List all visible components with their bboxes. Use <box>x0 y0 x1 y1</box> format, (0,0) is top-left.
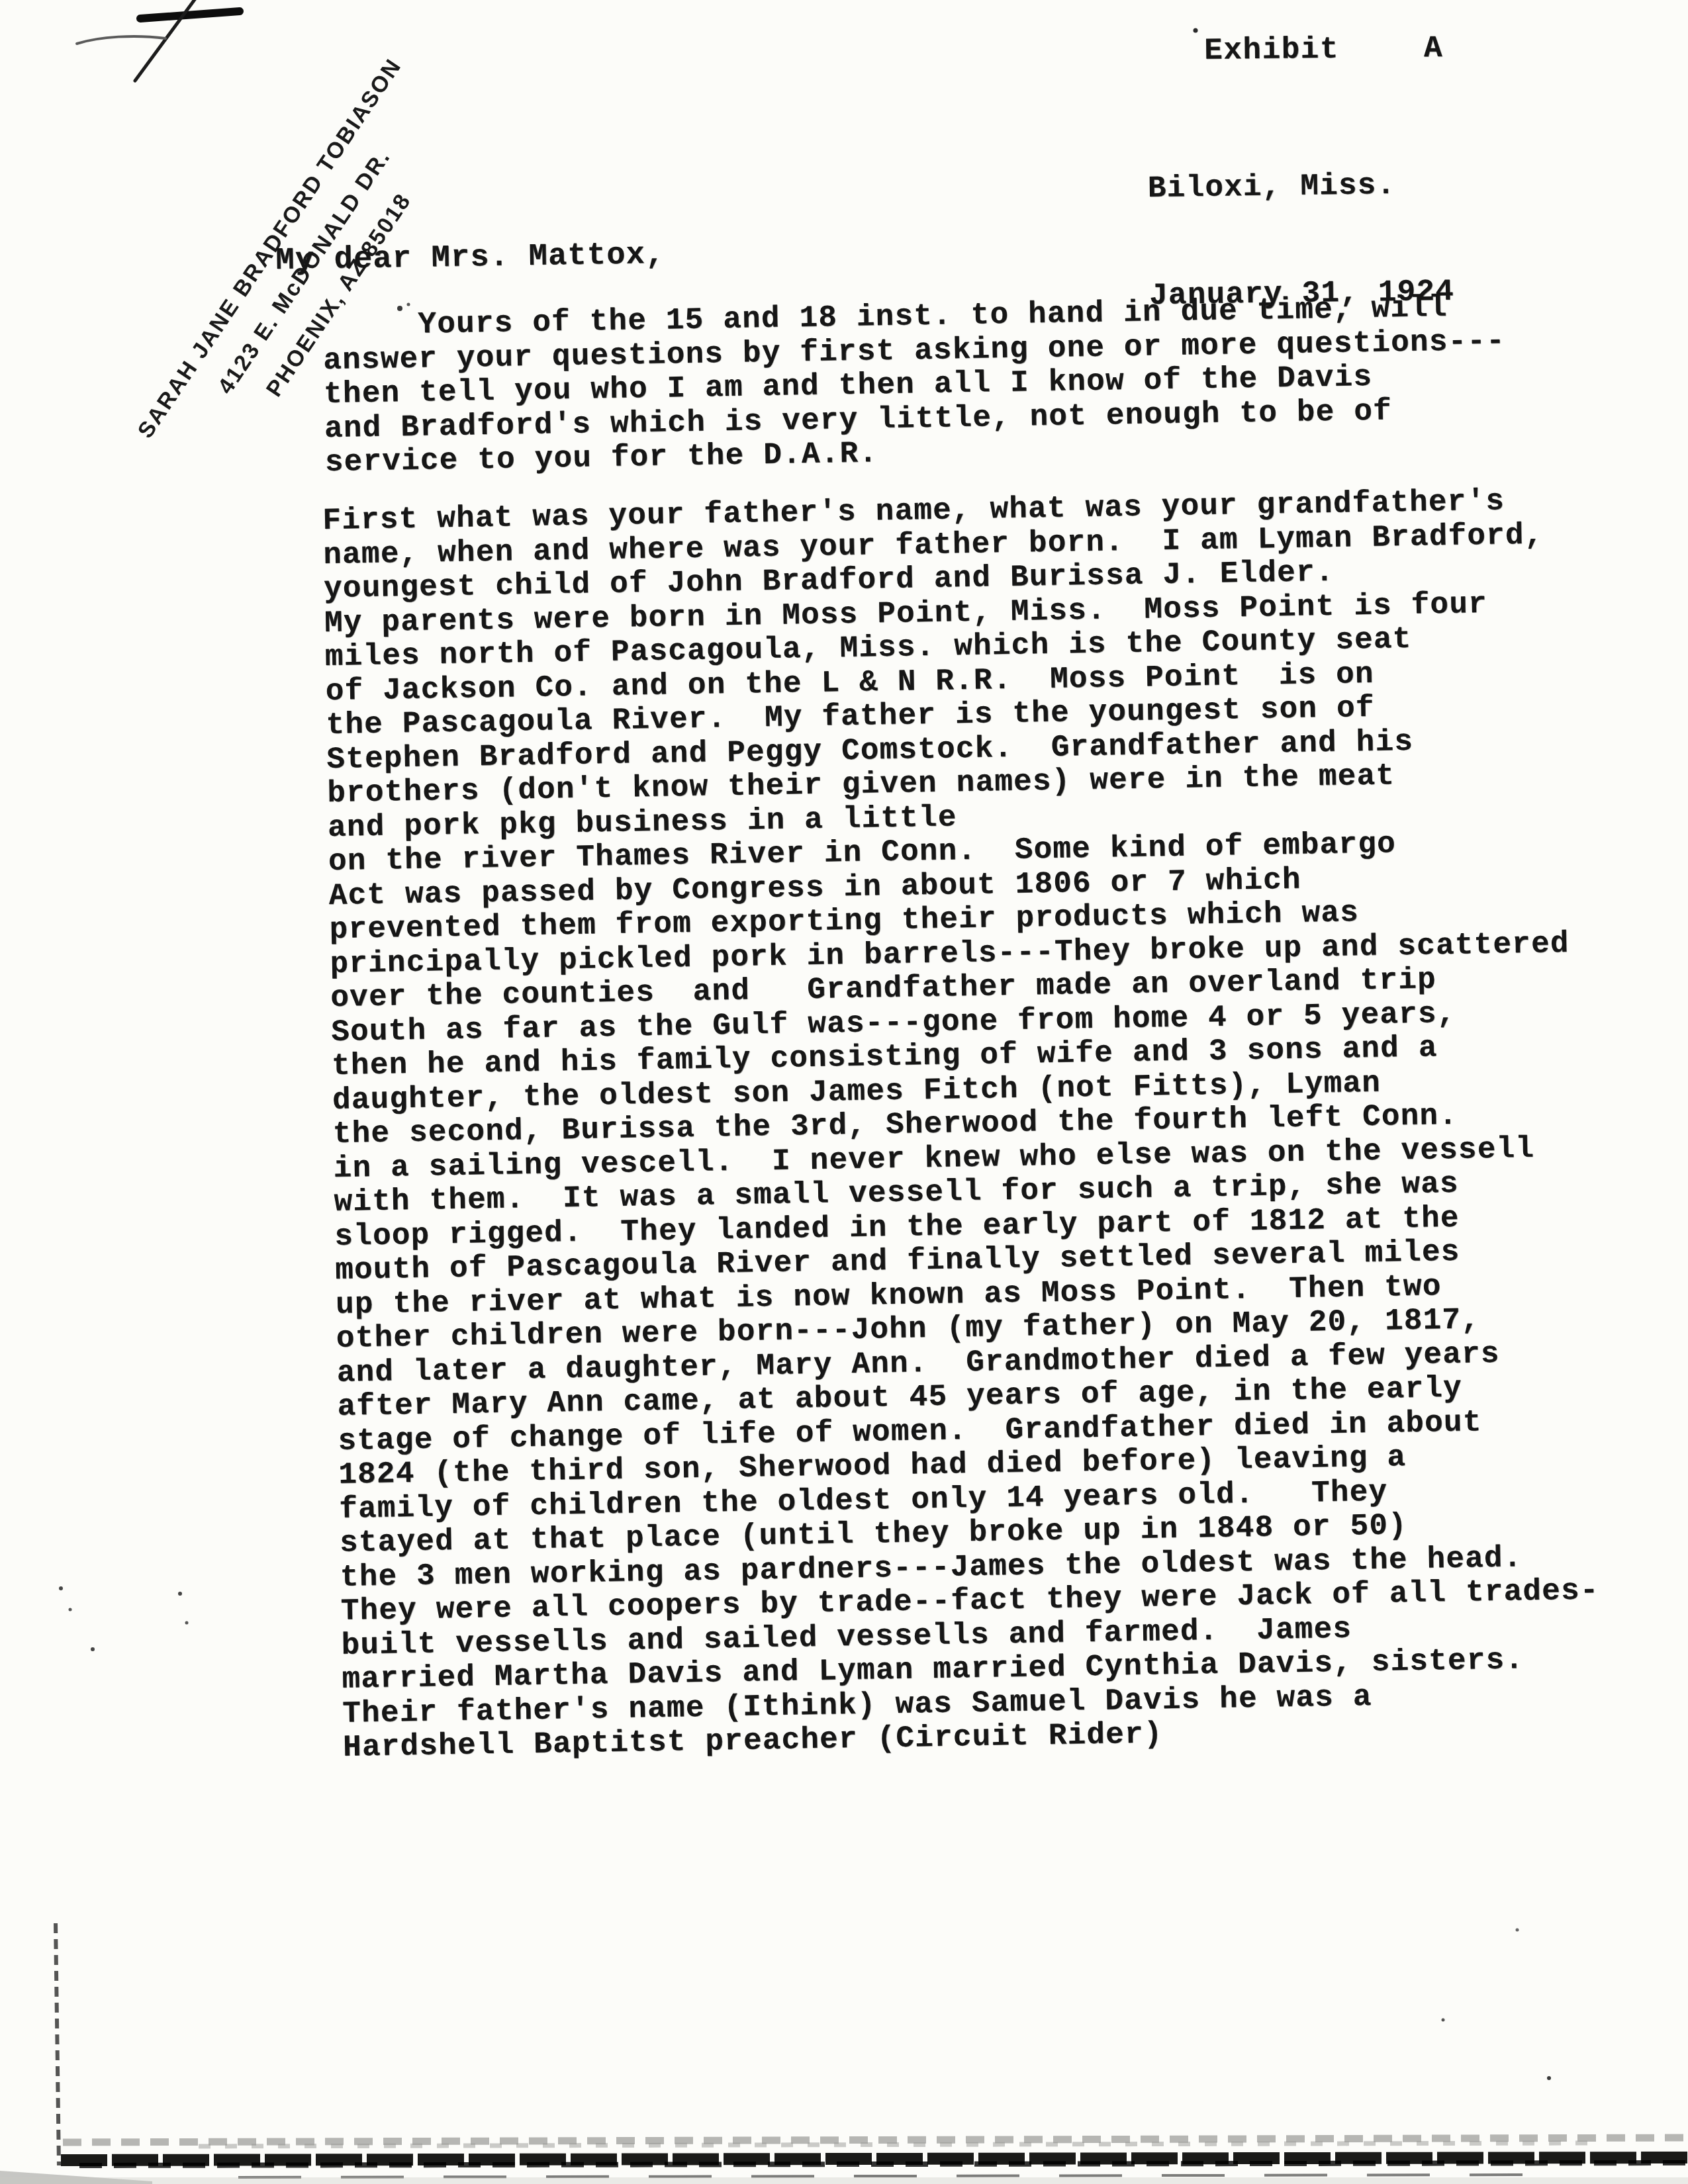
left-edge-streak <box>56 1923 59 2165</box>
bottom-scan-bands <box>0 2138 1688 2184</box>
pen-scribble-icon <box>77 0 240 81</box>
exhibit-header: ExhibitA <box>1127 0 1444 103</box>
letter-page: ExhibitA Biloxi, Miss. January 31, 1924 … <box>0 0 1688 2184</box>
exhibit-label: Exhibit <box>1204 32 1339 68</box>
dateline-city: Biloxi, Miss. <box>1148 167 1454 206</box>
paragraph-1: Yours of the 15 and 18 inst. to hand in … <box>322 290 1507 480</box>
paragraph-2: First what was your father's name, what … <box>322 483 1601 1765</box>
exhibit-value: A <box>1424 31 1444 66</box>
salutation: My dear Mrs. Mattox, <box>275 238 665 279</box>
